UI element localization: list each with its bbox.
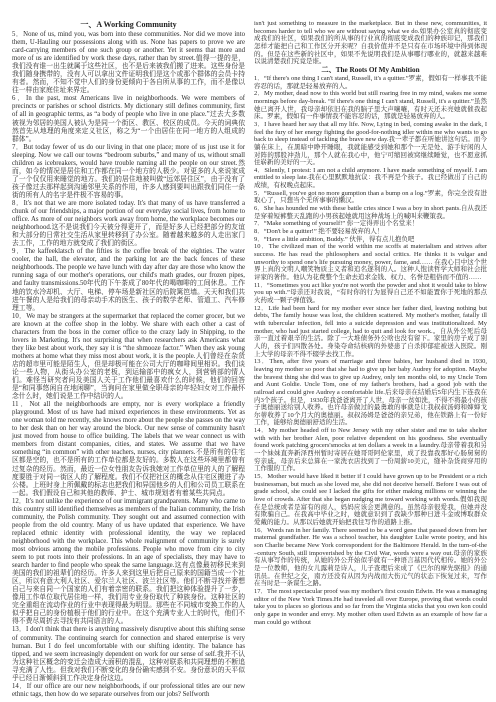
paragraph-s2-4: 4．Silently, I protest: I am not a child …	[254, 167, 487, 190]
paragraph-10: 10．We may be strangers at the supermarke…	[12, 313, 245, 402]
paragraph-13: 13．I don't think that there is anything …	[12, 626, 245, 682]
paragraph-s2-12: 12．Life had been hard for my mother ever…	[254, 305, 487, 359]
paragraph-s2-11: 11．“Sometimes you act like you're not wo…	[254, 282, 487, 305]
paragraph-s2-5: 5．“Russell, you've got no more gumption …	[254, 190, 487, 205]
paragraph-6: 6．In the past, most Americans live in ne…	[12, 95, 245, 143]
paragraph-s2-8: 8．“Don't be a quitter!” 绝不要轻易放弃的人！	[254, 228, 487, 236]
section-2-title: 二、The Roots Of My Ambition	[254, 66, 487, 75]
paragraph-s2-7: 7．“Make something of yourself!” 你一定得弄出个名…	[254, 220, 487, 228]
paragraph-8: 8．It's not that we are more isolated tod…	[12, 200, 245, 248]
paragraph-11: 11．Not all the neighborhoods are empty, …	[12, 401, 245, 498]
paragraph-s2-1: 1．“If there's one thing I can't stand, R…	[254, 75, 487, 90]
paragraph-s2-3: 3．I have heard her say that all my life.…	[254, 121, 487, 167]
document-page: 一、A Working Community 5．None of us, mind…	[0, 0, 496, 702]
paragraph-s2-16: 16．Words ran in her family. There seemed…	[254, 527, 487, 588]
section-1-title: 一、A Working Community	[12, 20, 245, 30]
paragraph-5: 5．None of us, mind you, was born into th…	[12, 31, 245, 95]
left-column: 一、A Working Community 5．None of us, mind…	[12, 20, 245, 702]
paragraph-14: 14．If our office are our new neighborhoo…	[12, 683, 245, 699]
paragraph-s2-2: 2．My mother, dead now to this world but …	[254, 90, 487, 121]
right-column: isn't just something to measure in the m…	[254, 20, 487, 702]
paragraph-14-continuation: isn't just something to measure in the m…	[254, 20, 487, 66]
paragraph-s2-13: 13．Then, after five years of marriage an…	[254, 358, 487, 427]
paragraph-s2-14: 14．My mother headed off to New Jersey wi…	[254, 427, 487, 473]
paragraph-9: 9．The kaffeeklatsch of the fifties is th…	[12, 248, 245, 312]
paragraph-s2-9: 9．“Have a little ambition, Buddy.” 伙伴，得有…	[254, 236, 487, 244]
paragraph-s2-15: 15．Mother would have liked it better if …	[254, 473, 487, 527]
paragraph-s2-10: 10．The civilized man of the world within…	[254, 243, 487, 281]
paragraph-12: 12．It's not unlike the experience of our…	[12, 498, 245, 627]
paragraph-s2-6: 6．She has hounded me with these battle c…	[254, 205, 487, 220]
paragraph-s2-17: 17．The most spectacular proof was my mot…	[254, 588, 487, 626]
paragraph-7: 7．But today fewer of us do our living in…	[12, 144, 245, 200]
